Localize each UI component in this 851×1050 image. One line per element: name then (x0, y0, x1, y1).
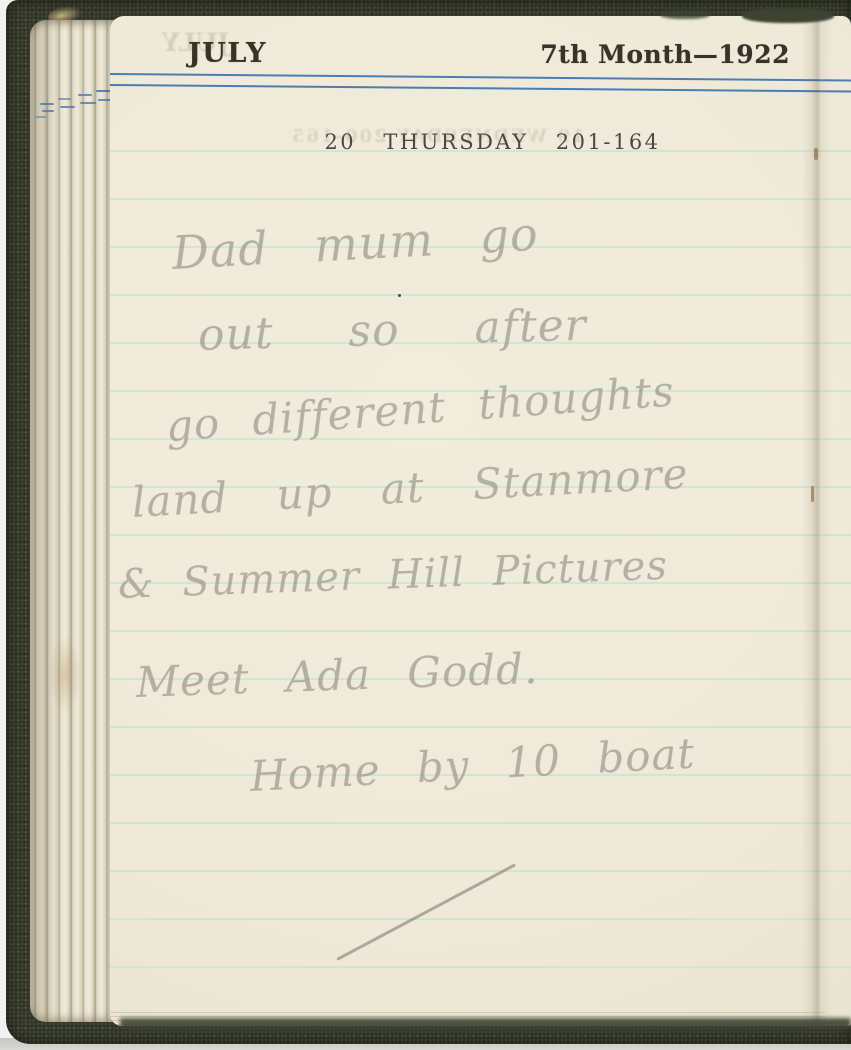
rule-echo-mark (36, 116, 46, 118)
gutter-crease (802, 16, 832, 1026)
month-title: JULY (188, 38, 267, 69)
cover-fuzz (660, 10, 710, 19)
rule-echo-mark (40, 103, 54, 105)
ink-speck (398, 294, 401, 297)
scanned-diary-photo: JULY 19 WEDNESDAY 200-165 JULY 7th Month… (0, 0, 851, 1050)
cover-fuzz (742, 8, 834, 23)
date-line: 20 THURSDAY 201-164 (110, 130, 851, 154)
stain (48, 635, 82, 715)
foxing-speck (814, 148, 818, 160)
rule-echo-mark (60, 106, 75, 108)
date-count: 201-164 (556, 130, 661, 154)
cover-fuzz (120, 1018, 851, 1030)
page-edge-stack (30, 20, 116, 1022)
handwriting-line: out so after (197, 300, 587, 361)
month-info: 7th Month—1922 (540, 40, 790, 69)
rule-echo-mark (78, 94, 92, 96)
rule-echo-mark (42, 110, 54, 112)
foxing-speck (811, 486, 814, 502)
header-rule (110, 73, 851, 93)
date-day: 20 (324, 130, 356, 154)
date-weekday: THURSDAY (383, 130, 528, 154)
diary-page: JULY 19 WEDNESDAY 200-165 JULY 7th Month… (110, 16, 851, 1026)
rule-echo-mark (80, 102, 96, 104)
rule-echo-mark (58, 98, 71, 100)
